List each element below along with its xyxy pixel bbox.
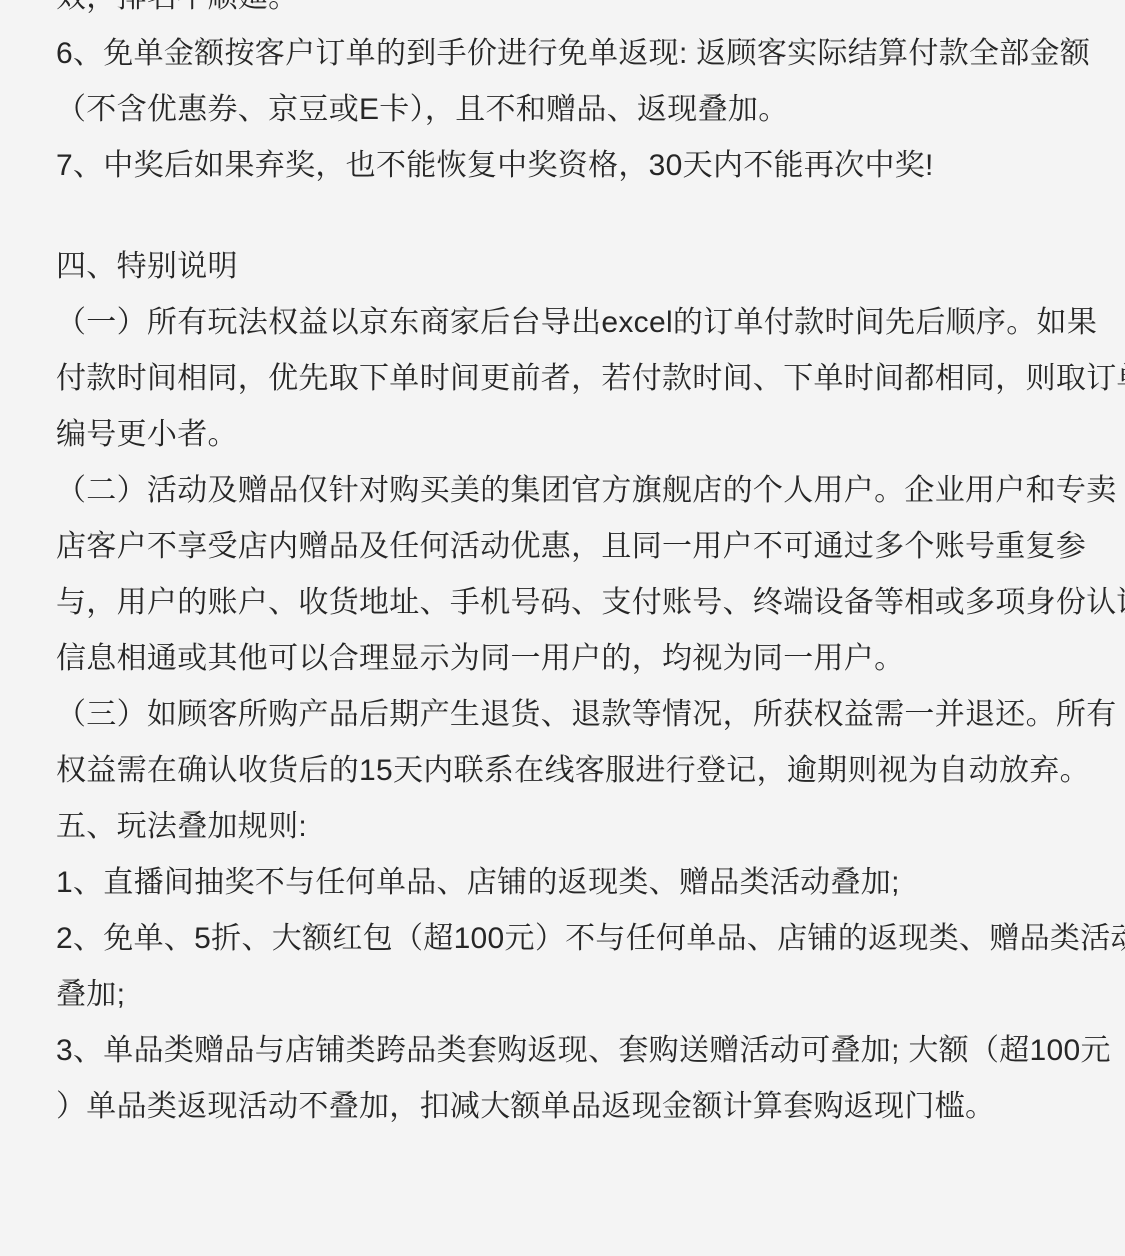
blank-gap: [56, 194, 1089, 239]
rule-text-line: （二）活动及赠品仅针对购买美的集团官方旗舰店的个人用户。企业用户和专卖: [56, 463, 1089, 519]
rule-text-line: 7、中奖后如果弃奖，也不能恢复中奖资格，30天内不能再次中奖!: [56, 138, 1089, 194]
rule-text-line: 店客户不享受店内赠品及任何活动优惠，且同一用户不可通过多个账号重复参: [56, 519, 1089, 575]
rule-text-line: 1、直播间抽奖不与任何单品、店铺的返现类、赠品类活动叠加;: [56, 855, 1089, 911]
rule-text-line: 信息相通或其他可以合理显示为同一用户的，均视为同一用户。: [56, 631, 1089, 687]
rule-text-line: 6、免单金额按客户订单的到手价进行免单返现: 返顾客实际结算付款全部金额: [56, 26, 1089, 82]
rule-text-line: ）单品类返现活动不叠加，扣减大额单品返现金额计算套购返现门槛。: [56, 1079, 1089, 1135]
rules-page: { "page": { "background_color": "#f4f4f4…: [0, 0, 1125, 1256]
rule-text-line: （三）如顾客所购产品后期产生退货、退款等情况，所获权益需一并退还。所有: [56, 687, 1089, 743]
rule-text-line: 四、特别说明: [56, 239, 1089, 295]
rule-text-line: 与，用户的账户、收货地址、手机号码、支付账号、终端设备等相或多项身份认证: [56, 575, 1089, 631]
rule-text-line: 五、玩法叠加规则:: [56, 799, 1089, 855]
rule-text-line: 2、免单、5折、大额红包（超100元）不与任何单品、店铺的返现类、赠品类活动: [56, 911, 1089, 967]
rule-text-line: 付款时间相同，优先取下单时间更前者，若付款时间、下单时间都相同，则取订单: [56, 351, 1089, 407]
rule-text-line: 效，排名不顺延。: [56, 0, 1089, 26]
rule-text-line: 3、单品类赠品与店铺类跨品类套购返现、套购送赠活动可叠加; 大额（超100元: [56, 1023, 1089, 1079]
rule-text-line: 权益需在确认收货后的15天内联系在线客服进行登记，逾期则视为自动放弃。: [56, 743, 1089, 799]
rule-text-line: 叠加;: [56, 967, 1089, 1023]
rule-text-line: 编号更小者。: [56, 407, 1089, 463]
rule-text-line: （不含优惠券、京豆或E卡），且不和赠品、返现叠加。: [56, 82, 1089, 138]
rules-document: 效，排名不顺延。6、免单金额按客户订单的到手价进行免单返现: 返顾客实际结算付款…: [0, 0, 1125, 1135]
rule-text-line: （一）所有玩法权益以京东商家后台导出excel的订单付款时间先后顺序。如果: [56, 295, 1089, 351]
